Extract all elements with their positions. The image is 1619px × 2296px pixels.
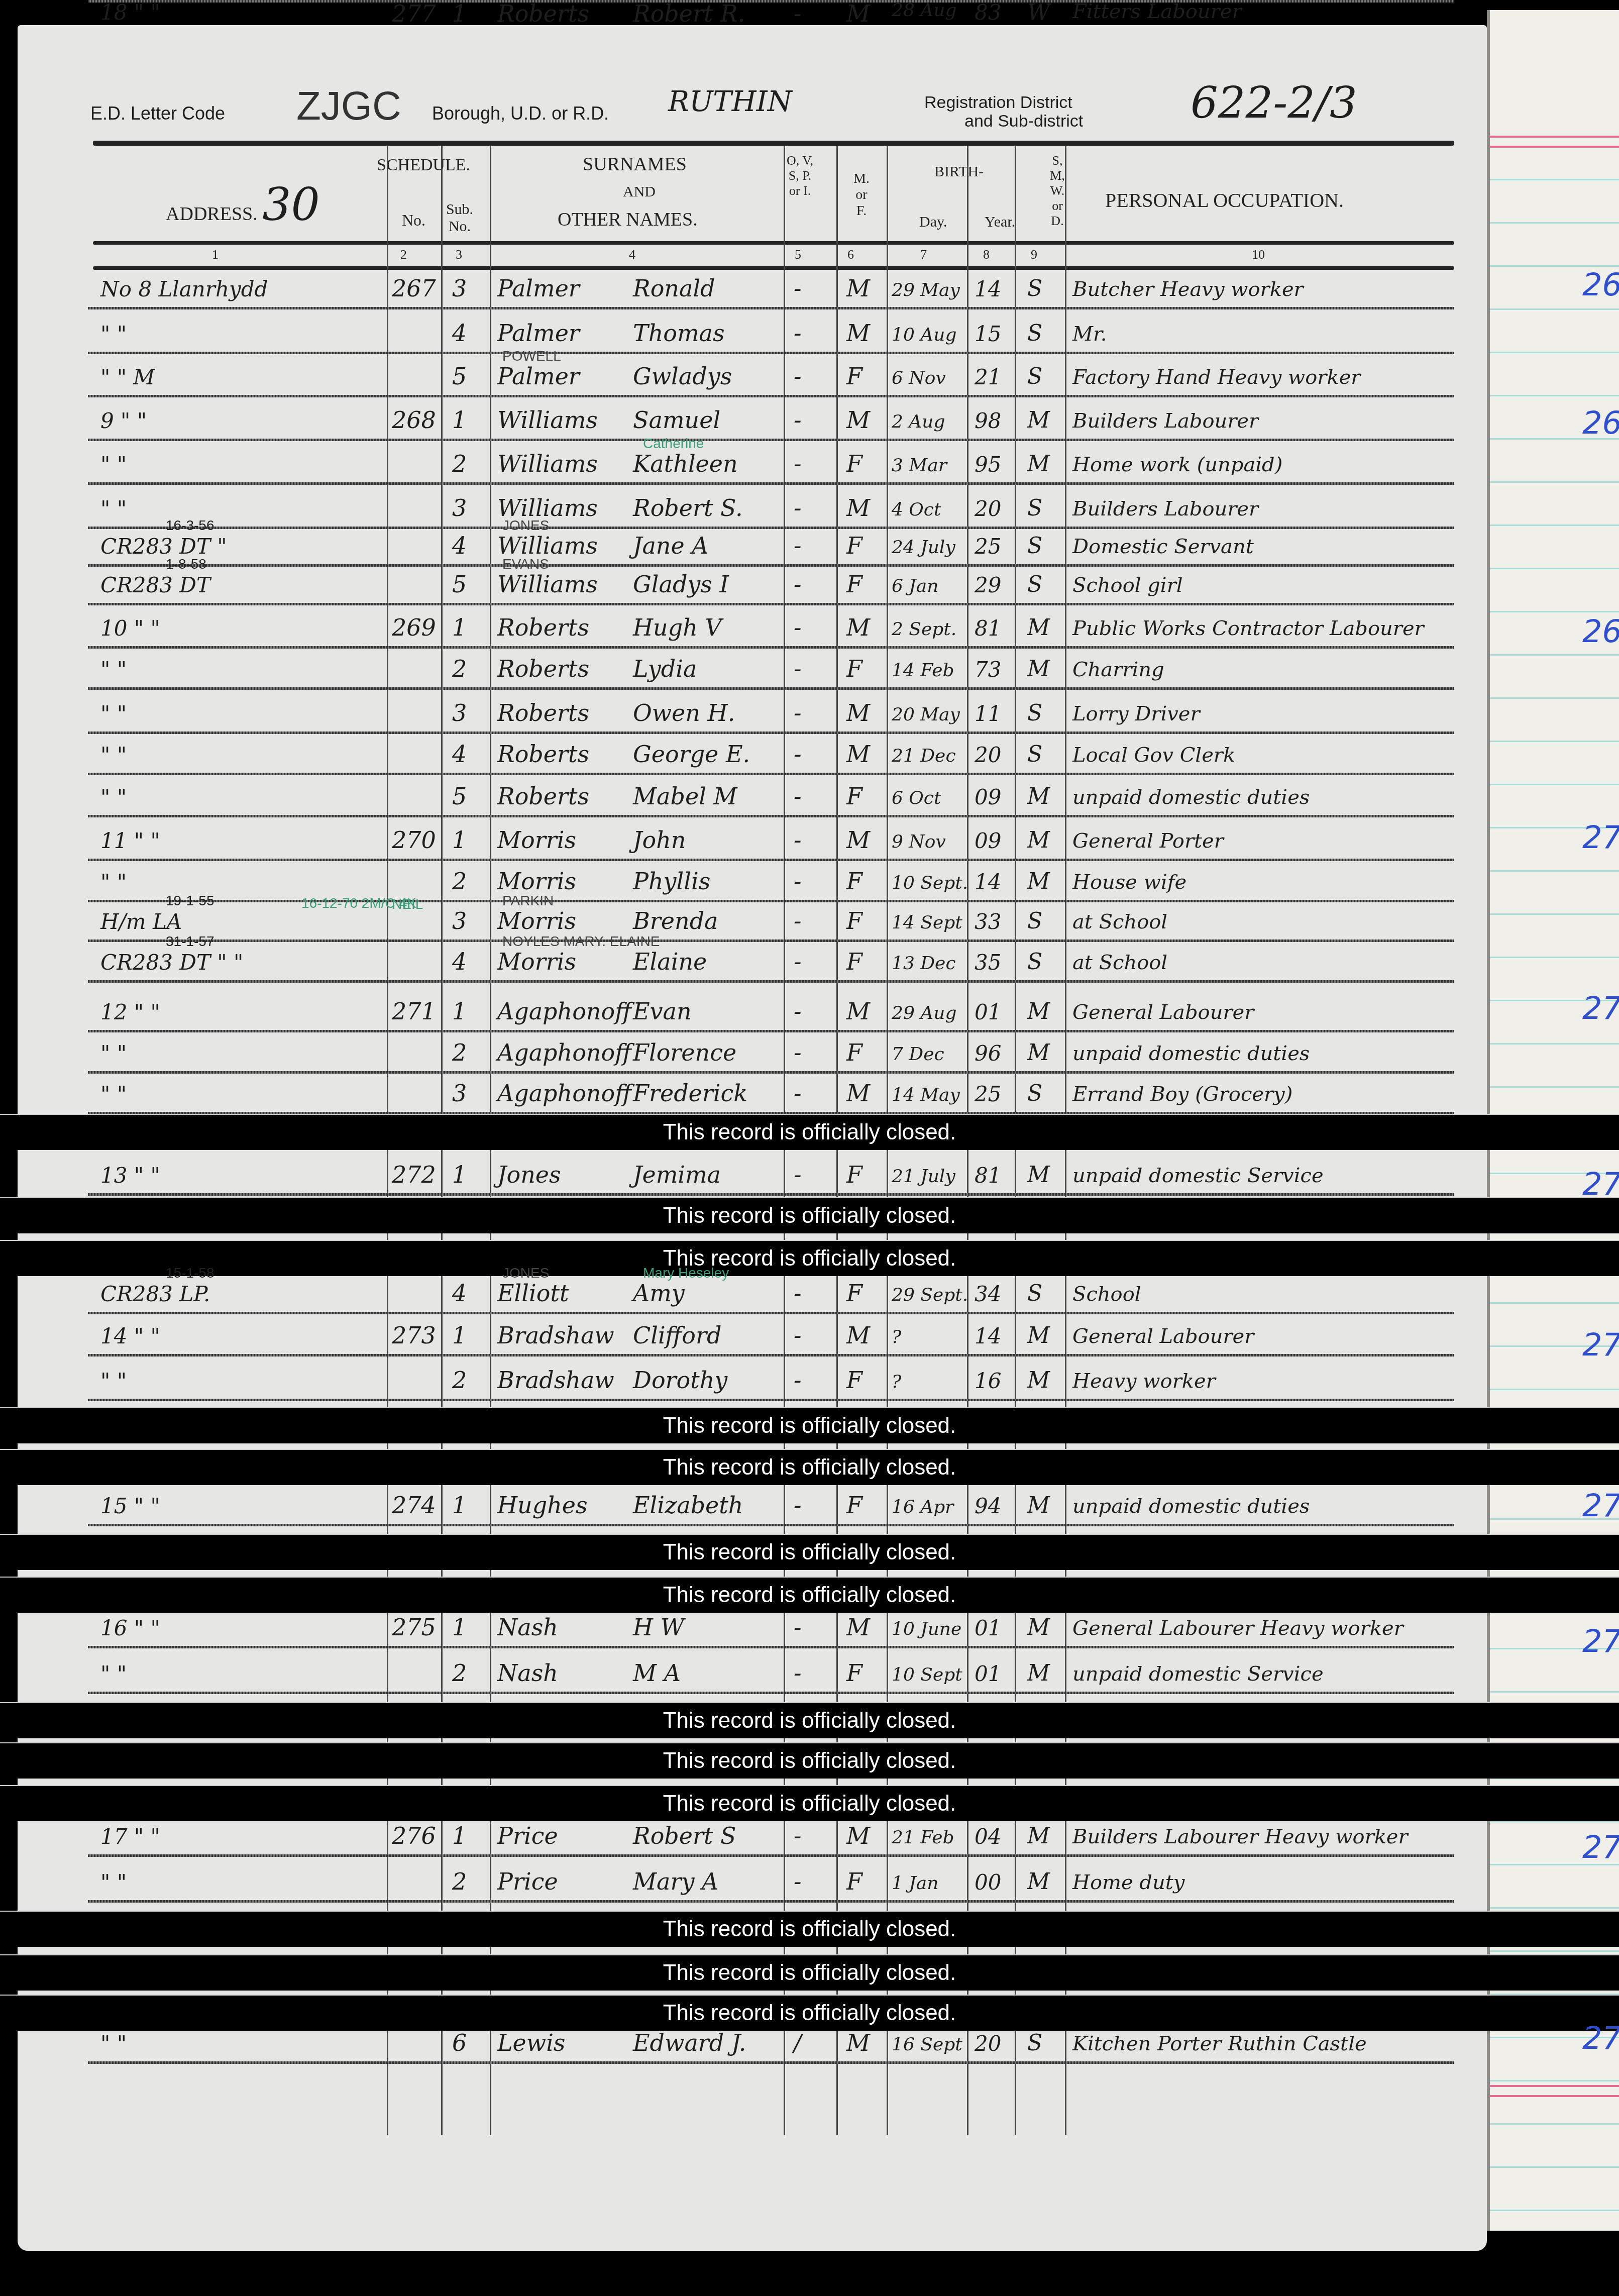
cell-schedule: 268	[392, 406, 436, 434]
cell-surname: Price	[497, 1822, 558, 1849]
cell-address: H/m LA	[100, 909, 182, 934]
column-number: 4	[629, 247, 635, 262]
cell-sex: F	[846, 1161, 862, 1188]
closed-record-banner: This record is officially closed.	[0, 1954, 1619, 1991]
cell-address: No 8 Llanrhydd	[100, 277, 268, 301]
cell-marital-status: M	[1027, 1615, 1050, 1640]
cell-forename: Clifford	[633, 1322, 721, 1349]
facing-page-rule	[1490, 308, 1619, 310]
cell-forename: Owen H.	[633, 699, 735, 726]
cell-occupation: unpaid domestic Service	[1072, 1164, 1324, 1187]
closed-record-banner: This record is officially closed.	[0, 1577, 1619, 1613]
cell-occupation: Mr.	[1072, 323, 1107, 346]
header-rule	[93, 141, 1454, 146]
cell-ovspi: -	[794, 1322, 802, 1349]
cell-schedule: 271	[392, 998, 436, 1025]
cell-marital-status: S	[1027, 1081, 1042, 1106]
cell-surname: Morris	[497, 907, 576, 934]
cell-birth-day: 10 June	[892, 1619, 961, 1639]
schedule-margin-number: 277	[1582, 2020, 1619, 2056]
cell-birth-day: 13 Dec	[892, 953, 956, 974]
row-rule	[88, 980, 1454, 983]
cell-ovspi: /	[794, 2029, 802, 2056]
cell-surname: Elliott	[497, 1280, 569, 1307]
cell-forename: Florence	[633, 1039, 736, 1066]
cell-forename: Dorothy	[633, 1367, 727, 1394]
closed-record-banner: This record is officially closed.	[0, 1742, 1619, 1779]
col-ovspi: O, V, S, P. or I.	[786, 153, 814, 198]
cell-birth-day: 9 Nov	[892, 831, 946, 852]
cell-sex: M	[846, 699, 870, 726]
cell-birth-day: 20 May	[892, 704, 960, 725]
cell-sub-no: 4	[452, 532, 467, 559]
cell-sub-no: 1	[452, 0, 467, 27]
cell-surname: Hughes	[497, 1492, 588, 1519]
cell-surname: Lewis	[497, 2029, 565, 2056]
cell-surname: Palmer	[497, 275, 580, 302]
cell-surname: Williams	[497, 571, 598, 598]
cell-sex: M	[846, 1080, 870, 1107]
row-rule	[88, 1354, 1454, 1356]
cell-ovspi: -	[794, 826, 802, 854]
cell-surname: Bradshaw	[497, 1367, 614, 1394]
cell-birth-year: 95	[975, 452, 1001, 477]
facing-page-rule	[1490, 784, 1619, 785]
cell-forename: Robert S	[633, 1822, 736, 1849]
schedule-margin-number: 274	[1582, 1487, 1619, 1524]
cell-ovspi: -	[794, 494, 802, 521]
row-rule	[88, 1524, 1454, 1526]
cell-surname: Roberts	[497, 655, 589, 682]
cell-forename: Brenda	[633, 907, 718, 934]
cell-surname: Roberts	[497, 741, 589, 768]
col-surnames-1: SURNAMES	[583, 153, 687, 175]
cell-surname: Morris	[497, 826, 576, 854]
cell-address: 12 " "	[100, 1000, 160, 1024]
annotation-forename-note: Catherine	[643, 436, 704, 452]
row-rule	[88, 1692, 1454, 1694]
cell-address: 13 " "	[100, 1163, 160, 1188]
facing-page-margin-rule	[1490, 136, 1619, 138]
cell-forename: Mabel M	[633, 783, 737, 810]
column-number: 1	[212, 247, 219, 262]
cell-birth-year: 21	[975, 365, 1001, 389]
cell-sub-no: 1	[452, 826, 467, 854]
cell-birth-day: 2 Aug	[892, 411, 945, 432]
cell-marital-status: S	[1027, 495, 1042, 521]
cell-marital-status: M	[1027, 1323, 1050, 1348]
cell-occupation: School	[1072, 1283, 1141, 1306]
cell-ovspi: -	[794, 363, 802, 390]
annotation-forename-note: Mary Heseley	[643, 1265, 729, 1281]
cell-marital-status: S	[1027, 364, 1042, 389]
cell-occupation: Domestic Servant	[1072, 535, 1254, 558]
facing-page-rule	[1490, 568, 1619, 569]
col-birth: BIRTH-	[934, 163, 984, 180]
cell-forename: Elaine	[633, 948, 707, 975]
cell-sub-no: 5	[452, 783, 467, 810]
cell-address: " "	[100, 322, 127, 346]
cell-birth-day: ?	[892, 1372, 901, 1392]
cell-forename: Ronald	[633, 275, 715, 302]
row-rule	[88, 687, 1454, 690]
cell-marital-status: M	[1027, 827, 1050, 853]
col-sex: M. or F.	[849, 171, 874, 219]
facing-page-rule	[1490, 957, 1619, 958]
cell-occupation: School girl	[1072, 574, 1183, 597]
cell-birth-year: 25	[975, 1082, 1001, 1106]
cell-surname: Williams	[497, 532, 598, 559]
closed-record-banner: This record is officially closed.	[0, 1240, 1619, 1276]
cell-ovspi: -	[794, 868, 802, 895]
cell-surname: Palmer	[497, 320, 580, 347]
col-sub-no: Sub. No.	[445, 201, 475, 235]
cell-birth-year: 01	[975, 1661, 1001, 1686]
cell-sex: F	[846, 1367, 862, 1394]
cell-marital-status: M	[1027, 407, 1050, 433]
cell-marital-status: M	[1027, 784, 1050, 809]
cell-address: " "	[100, 701, 127, 726]
cell-sex: F	[846, 1492, 862, 1519]
cell-marital-status: M	[1027, 999, 1050, 1024]
cell-surname: Williams	[497, 406, 598, 434]
cell-forename: Thomas	[633, 320, 725, 347]
cell-marital-status: M	[1027, 615, 1050, 641]
cell-ovspi: -	[794, 1659, 802, 1687]
cell-occupation: Home work (unpaid)	[1072, 453, 1282, 476]
ed-letter-code-label: E.D. Letter Code	[90, 103, 225, 124]
cell-birth-day: 7 Dec	[892, 1044, 944, 1065]
annotation-surname-correction: JONES	[502, 517, 549, 534]
cell-sex: F	[846, 868, 862, 895]
cell-occupation: Builders Labourer	[1072, 409, 1258, 433]
cell-address: CR283 DT " "	[100, 950, 243, 975]
column-number: 9	[1031, 247, 1037, 262]
closed-record-banner: This record is officially closed.	[0, 1534, 1619, 1570]
ed-letter-code: ZJGC	[296, 83, 401, 129]
cell-sex: M	[846, 614, 870, 641]
cell-schedule: 277	[392, 0, 436, 27]
cell-sub-no: 4	[452, 948, 467, 975]
facing-page-rule	[1490, 481, 1619, 483]
annotation-surname-note-green: NEIL	[392, 896, 423, 912]
cell-surname: Roberts	[497, 699, 589, 726]
facing-page-rule	[1490, 741, 1619, 742]
cell-sub-no: 1	[452, 1161, 467, 1188]
cell-address: " "	[100, 1082, 127, 1106]
cell-address: 16 " "	[100, 1616, 160, 1640]
cell-sub-no: 4	[452, 741, 467, 768]
col-surnames-3: OTHER NAMES.	[558, 208, 698, 231]
cell-birth-year: 33	[975, 909, 1001, 934]
cell-forename: Lydia	[633, 655, 697, 682]
cell-forename: H W	[633, 1614, 684, 1641]
cell-birth-year: 01	[975, 1616, 1001, 1640]
cell-surname: Palmer	[497, 363, 580, 390]
cell-occupation: Builders Labourer Heavy worker	[1072, 1825, 1408, 1848]
cell-birth-day: 3 Mar	[892, 455, 947, 476]
cell-sex: M	[846, 741, 870, 768]
cell-marital-status: M	[1027, 1162, 1050, 1188]
cell-forename: Gladys I	[633, 571, 729, 598]
facing-page-margin-rule	[1490, 2085, 1619, 2087]
facing-page-rule	[1490, 352, 1619, 353]
cell-occupation: Errand Boy (Grocery)	[1072, 1083, 1292, 1106]
cell-sex: F	[846, 948, 862, 975]
cell-marital-status: M	[1027, 1869, 1050, 1895]
facing-page-margin-rule	[1490, 146, 1619, 148]
cell-birth-year: 29	[975, 573, 1001, 597]
schedule-margin-number: 267	[1582, 266, 1619, 303]
cell-birth-day: 14 Sept	[892, 912, 962, 933]
schedule-margin-number: 268	[1582, 404, 1619, 441]
cell-address: " "	[100, 657, 127, 682]
cell-address: " "	[100, 1369, 127, 1393]
cell-occupation: House wife	[1072, 871, 1186, 894]
cell-birth-year: 20	[975, 743, 1001, 767]
column-number: 8	[983, 247, 990, 262]
row-rule	[88, 815, 1454, 817]
cell-surname: Roberts	[497, 0, 589, 27]
cell-sex: F	[846, 907, 862, 934]
row-rule	[88, 439, 1454, 441]
facing-page-rule	[1490, 913, 1619, 915]
row-rule	[88, 732, 1454, 734]
annotation-address-note: 19-1-55	[166, 893, 214, 909]
cell-surname: Nash	[497, 1614, 558, 1641]
cell-sub-no: 3	[452, 494, 467, 521]
cell-ovspi: -	[794, 1492, 802, 1519]
cell-surname: Agaphonoff	[497, 1039, 631, 1066]
cell-birth-year: 96	[975, 1041, 1001, 1066]
cell-birth-year: 11	[975, 701, 1001, 726]
cell-forename: Amy	[633, 1280, 685, 1307]
facing-page-rule	[1490, 525, 1619, 526]
closed-record-banner: This record is officially closed.	[0, 1407, 1619, 1443]
closed-record-banner: This record is officially closed.	[0, 1197, 1619, 1233]
cell-birth-year: 25	[975, 534, 1001, 559]
cell-sub-no: 4	[452, 1280, 467, 1307]
cell-sub-no: 2	[452, 1659, 467, 1687]
row-rule	[88, 527, 1454, 529]
cell-marital-status: M	[1027, 869, 1050, 894]
cell-birth-day: 29 Aug	[892, 1003, 956, 1023]
cell-address: CR283 DT	[100, 573, 210, 597]
cell-marital-status: M	[1027, 1660, 1050, 1686]
table-rule	[93, 241, 1454, 245]
cell-address: " "	[100, 743, 127, 767]
cell-birth-day: 28 Aug	[892, 0, 956, 21]
row-rule	[88, 395, 1454, 397]
cell-sub-no: 2	[452, 1868, 467, 1895]
cell-occupation: General Labourer	[1072, 1325, 1254, 1348]
cell-occupation: at School	[1072, 910, 1167, 933]
col-address-label: ADDRESS.	[166, 203, 258, 225]
cell-address: 18 " "	[100, 0, 160, 25]
closed-record-banner: This record is officially closed.	[0, 1449, 1619, 1485]
cell-birth-year: 09	[975, 828, 1001, 853]
cell-sub-no: 5	[452, 571, 467, 598]
closed-record-banner: This record is officially closed.	[0, 1995, 1619, 2031]
cell-sub-no: 3	[452, 699, 467, 726]
cell-birth-day: 21 Feb	[892, 1827, 954, 1848]
cell-schedule: 273	[392, 1322, 436, 1349]
cell-birth-year: 16	[975, 1369, 1001, 1393]
row-rule	[88, 1030, 1454, 1032]
cell-marital-status: S	[1027, 321, 1042, 346]
row-rule	[88, 1646, 1454, 1648]
cell-sex: M	[846, 998, 870, 1025]
closed-record-banner: This record is officially closed.	[0, 1785, 1619, 1821]
cell-ovspi: -	[794, 0, 802, 27]
cell-birth-year: 04	[975, 1824, 1001, 1849]
cell-marital-status: M	[1027, 451, 1050, 477]
cell-ovspi: -	[794, 1280, 802, 1307]
column-number: 7	[920, 247, 927, 262]
cell-marital-status: M	[1027, 1368, 1050, 1393]
row-rule	[88, 1071, 1454, 1074]
cell-birth-day: 10 Aug	[892, 325, 956, 345]
schedule-margin-number: 276	[1582, 1829, 1619, 1865]
cell-address: " "	[100, 870, 127, 894]
borough-label: Borough, U.D. or R.D.	[432, 103, 609, 124]
cell-occupation: unpaid domestic duties	[1072, 1495, 1310, 1518]
cell-birth-day: 16 Apr	[892, 1497, 954, 1517]
cell-birth-year: 20	[975, 496, 1001, 521]
cell-surname: Jones	[497, 1161, 561, 1188]
cell-surname: Roberts	[497, 614, 589, 641]
cell-forename: Frederick	[633, 1080, 747, 1107]
cell-occupation: Factory Hand Heavy worker	[1072, 366, 1360, 389]
cell-birth-day: ?	[892, 1327, 901, 1347]
cell-schedule: 276	[392, 1822, 436, 1849]
cell-marital-status: M	[1027, 1493, 1050, 1518]
cell-ovspi: -	[794, 907, 802, 934]
cell-sex: F	[846, 571, 862, 598]
cell-marital-status: W	[1027, 0, 1050, 26]
cell-ovspi: -	[794, 1614, 802, 1641]
cell-forename: Jane A	[633, 532, 709, 559]
cell-birth-day: 24 July	[892, 537, 955, 558]
cell-sub-no: 1	[452, 1614, 467, 1641]
cell-birth-day: 16 Sept	[892, 2034, 962, 2055]
cell-address: " " M	[100, 365, 155, 389]
cell-ovspi: -	[794, 406, 802, 434]
cell-marital-status: M	[1027, 1040, 1050, 1066]
cell-occupation: Local Gov Clerk	[1072, 744, 1235, 767]
registration-label-2: and Sub-district	[964, 112, 1083, 131]
cell-birth-year: 34	[975, 1282, 1001, 1306]
cell-schedule: 272	[392, 1161, 436, 1188]
cell-surname: Morris	[497, 868, 576, 895]
cell-marital-status: S	[1027, 1281, 1042, 1306]
cell-forename: Phyllis	[633, 868, 710, 895]
cell-forename: M A	[633, 1659, 681, 1687]
column-number: 3	[456, 247, 462, 262]
cell-occupation: Builders Labourer	[1072, 497, 1258, 520]
cell-sub-no: 3	[452, 1080, 467, 1107]
cell-ovspi: -	[794, 1039, 802, 1066]
cell-birth-year: 14	[975, 1324, 1001, 1348]
cell-occupation: unpaid domestic duties	[1072, 1042, 1310, 1065]
column-number: 2	[400, 247, 407, 262]
schedule-margin-number: 273	[1582, 1326, 1619, 1363]
cell-occupation: Public Works Contractor Labourer	[1072, 617, 1424, 640]
cell-marital-status: S	[1027, 533, 1042, 559]
registration-label-1: Registration District	[924, 93, 1072, 113]
cell-sex: M	[846, 1822, 870, 1849]
col-schedule: SCHEDULE.	[377, 156, 470, 175]
cell-sex: M	[846, 275, 870, 302]
facing-page-rule	[1490, 222, 1619, 224]
col-day: Day.	[919, 214, 947, 231]
cell-surname: Price	[497, 1868, 558, 1895]
cell-sex: M	[846, 1614, 870, 1641]
annotation-address-note: 15-1-58	[166, 1265, 214, 1281]
row-rule	[88, 1854, 1454, 1857]
cell-address: " "	[100, 1661, 127, 1686]
schedule-margin-number: 269	[1582, 613, 1619, 650]
cell-birth-year: 35	[975, 950, 1001, 975]
cell-sub-no: 2	[452, 655, 467, 682]
facing-page-rule	[1490, 1086, 1619, 1088]
col-occupation: PERSONAL OCCUPATION.	[1105, 188, 1344, 212]
cell-address: 10 " "	[100, 616, 160, 641]
cell-birth-year: 14	[975, 870, 1001, 894]
facing-page-rule	[1490, 697, 1619, 699]
cell-address: CR283 DT "	[100, 534, 227, 559]
cell-birth-day: 1 Jan	[892, 1873, 938, 1894]
cell-ovspi: -	[794, 998, 802, 1025]
cell-birth-year: 20	[975, 2031, 1001, 2056]
cell-sex: M	[846, 826, 870, 854]
row-rule	[88, 859, 1454, 861]
cell-ovspi: -	[794, 655, 802, 682]
cell-sub-no: 1	[452, 406, 467, 434]
cell-sub-no: 2	[452, 450, 467, 477]
annotation-surname-correction: JONES	[502, 1265, 549, 1281]
cell-occupation: Butcher Heavy worker	[1072, 278, 1304, 301]
cell-sex: M	[846, 406, 870, 434]
cell-marital-status: M	[1027, 656, 1050, 682]
annotation-address-note: 16-3-56	[166, 517, 214, 534]
cell-ovspi: -	[794, 571, 802, 598]
cell-marital-status: S	[1027, 949, 1042, 975]
cell-sub-no: 3	[452, 275, 467, 302]
facing-page-rule	[1490, 2080, 1619, 2081]
col-surnames-2: AND	[623, 183, 656, 200]
cell-occupation: Fitters Labourer	[1072, 0, 1242, 23]
facing-page-rule	[1490, 2210, 1619, 2211]
cell-address: " "	[100, 496, 127, 521]
cell-sex: F	[846, 1868, 862, 1895]
cell-address: " "	[100, 452, 127, 477]
cell-address: " "	[100, 2031, 127, 2056]
facing-page-rule	[1490, 1691, 1619, 1693]
row-rule	[88, 1312, 1454, 1314]
cell-occupation: General Labourer Heavy worker	[1072, 1617, 1404, 1640]
cell-birth-day: 6 Jan	[892, 576, 938, 596]
cell-schedule: 269	[392, 614, 436, 641]
col-no: No.	[402, 211, 425, 230]
cell-forename: Robert R.	[633, 0, 745, 27]
cell-occupation: at School	[1072, 951, 1167, 974]
cell-forename: Evan	[633, 998, 692, 1025]
cell-ovspi: -	[794, 614, 802, 641]
cell-occupation: unpaid domestic Service	[1072, 1662, 1324, 1686]
cell-schedule: 275	[392, 1614, 436, 1641]
schedule-margin-number: 275	[1582, 1623, 1619, 1659]
